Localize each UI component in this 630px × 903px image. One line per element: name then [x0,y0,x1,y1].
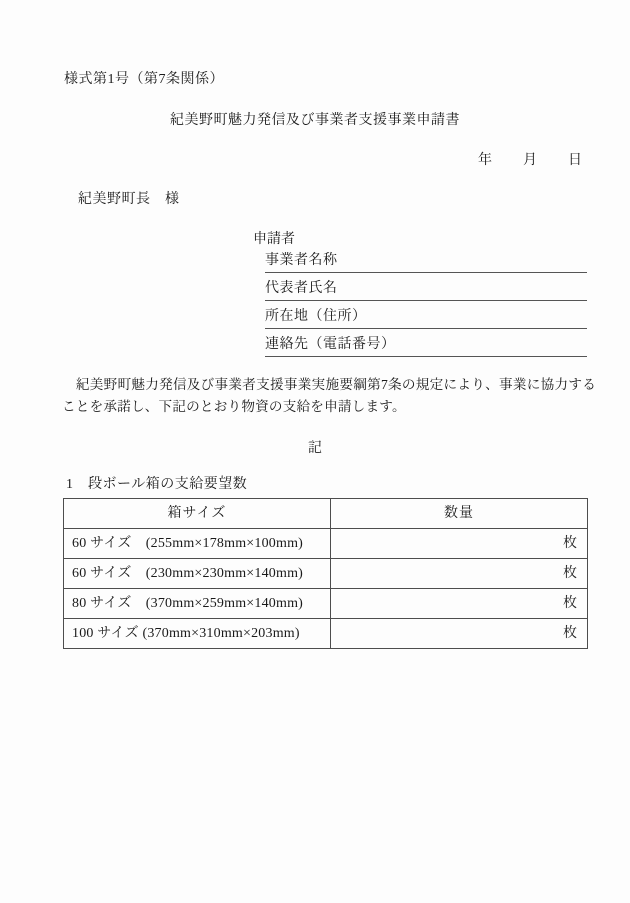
quantity-cell: 枚 [331,589,588,619]
date-line: 年 月 日 [478,152,583,170]
quantity-cell: 枚 [331,619,588,649]
table-row-60-255: 60 サイズ (255mm×178mm×100mm) 枚 [64,529,588,559]
record-marker: 記 [0,440,630,458]
address-label: 所在地（住所） [265,308,367,329]
applicant-fields: 事業者名称 代表者氏名 所在地（住所） 連絡先（電話番号） [265,245,587,357]
quantity-cell: 枚 [331,559,588,589]
table-header-size: 箱サイズ [64,499,331,529]
phone-field: 連絡先（電話番号） [265,329,587,357]
phone-blank[interactable] [396,329,588,356]
table-row-80-370: 80 サイズ (370mm×259mm×140mm) 枚 [64,589,588,619]
unit-label: 枚 [563,595,577,613]
phone-label: 連絡先（電話番号） [265,336,396,357]
unit-label: 枚 [563,535,577,553]
table-header-quantity: 数量 [331,499,588,529]
quantity-blank[interactable] [331,529,563,558]
business-name-label: 事業者名称 [265,252,338,273]
body-paragraph: 紀美野町魅力発信及び事業者支援事業実施要綱第7条の規定により、事業に協力すること… [62,374,596,417]
document-page: 様式第1号（第7条関係） 紀美野町魅力発信及び事業者支援事業申請書 年 月 日 … [0,0,630,903]
address-blank[interactable] [367,301,588,328]
representative-name-label: 代表者氏名 [265,280,338,301]
section-heading: 1 段ボール箱の支給要望数 [66,476,247,494]
size-cell: 60 サイズ (255mm×178mm×100mm) [64,529,331,559]
unit-label: 枚 [563,625,577,643]
size-cell: 60 サイズ (230mm×230mm×140mm) [64,559,331,589]
quantity-blank[interactable] [331,559,563,588]
quantity-cell: 枚 [331,529,588,559]
representative-name-blank[interactable] [338,273,588,300]
business-name-field: 事業者名称 [265,245,587,273]
address-field: 所在地（住所） [265,301,587,329]
table-row-100-370: 100 サイズ (370mm×310mm×203mm) 枚 [64,619,588,649]
representative-name-field: 代表者氏名 [265,273,587,301]
table-header-row: 箱サイズ 数量 [64,499,588,529]
size-cell: 100 サイズ (370mm×310mm×203mm) [64,619,331,649]
table-row-60-230: 60 サイズ (230mm×230mm×140mm) 枚 [64,559,588,589]
box-supply-table: 箱サイズ 数量 60 サイズ (255mm×178mm×100mm) 枚 60 … [63,498,588,649]
addressee: 紀美野町長 様 [78,191,180,209]
quantity-blank[interactable] [331,589,563,618]
form-number: 様式第1号（第7条関係） [64,71,224,89]
unit-label: 枚 [563,565,577,583]
size-cell: 80 サイズ (370mm×259mm×140mm) [64,589,331,619]
business-name-blank[interactable] [338,245,588,272]
document-title: 紀美野町魅力発信及び事業者支援事業申請書 [0,112,630,130]
quantity-blank[interactable] [331,619,563,648]
